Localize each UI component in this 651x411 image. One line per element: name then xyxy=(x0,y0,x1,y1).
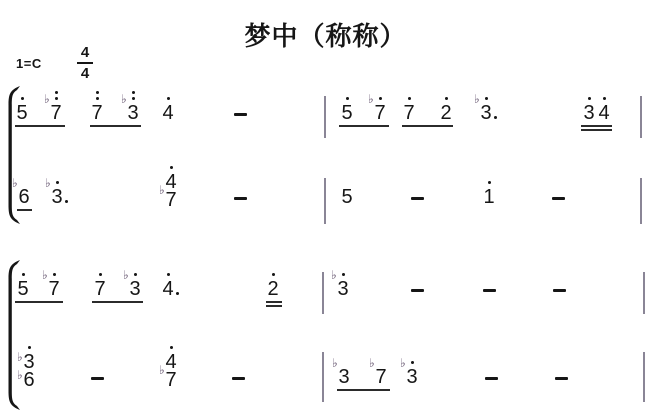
extension-dash xyxy=(483,289,496,292)
beam-line xyxy=(266,305,282,307)
note-digit: 5 xyxy=(14,280,32,298)
octave-dot xyxy=(28,346,31,349)
note-digit: 6 xyxy=(20,371,38,389)
note-digit: 3 xyxy=(335,368,353,386)
beam-line xyxy=(92,301,143,303)
extension-dash xyxy=(232,377,245,380)
barline xyxy=(643,272,645,314)
octave-dot xyxy=(170,346,173,349)
extension-dash xyxy=(411,289,424,292)
flat-sign: ♭ xyxy=(159,364,165,376)
extension-dash xyxy=(553,289,566,292)
note-digit: 4 xyxy=(159,280,177,298)
barline xyxy=(322,272,324,314)
flat-sign: ♭ xyxy=(17,351,23,363)
octave-dot xyxy=(411,361,414,364)
beam-line xyxy=(15,301,63,303)
note-digit: 7 xyxy=(372,368,390,386)
note-digit: 3 xyxy=(334,280,352,298)
note-digit: 7 xyxy=(162,371,180,389)
barline xyxy=(643,352,645,402)
note-digit: 3 xyxy=(126,280,144,298)
beam-line xyxy=(337,389,390,391)
flat-sign: ♭ xyxy=(123,269,129,281)
augmentation-dot xyxy=(176,292,179,295)
flat-sign: ♭ xyxy=(42,269,48,281)
note-digit: 3 xyxy=(403,368,421,386)
octave-dot xyxy=(53,273,56,276)
flat-sign: ♭ xyxy=(400,357,406,369)
octave-dot xyxy=(272,273,275,276)
note-digit: 2 xyxy=(264,280,282,298)
octave-dot xyxy=(134,273,137,276)
octave-dot xyxy=(99,273,102,276)
note-digit: 7 xyxy=(45,280,63,298)
flat-sign: ♭ xyxy=(17,369,23,381)
score-sheet: 梦中（称称） 1=C 4 4 57♭73♭457♭723♭346♭3♭47♭51… xyxy=(0,0,651,411)
octave-dot xyxy=(342,273,345,276)
extension-dash xyxy=(485,377,498,380)
octave-dot xyxy=(22,273,25,276)
flat-sign: ♭ xyxy=(369,357,375,369)
system-2: 57♭73♭423♭3♭6♭47♭3♭7♭3♭ xyxy=(0,0,651,411)
note-digit: 7 xyxy=(91,280,109,298)
beam-line xyxy=(266,301,282,303)
octave-dot xyxy=(167,273,170,276)
barline xyxy=(322,352,324,402)
flat-sign: ♭ xyxy=(331,269,337,281)
extension-dash xyxy=(555,377,568,380)
flat-sign: ♭ xyxy=(332,357,338,369)
extension-dash xyxy=(91,377,104,380)
